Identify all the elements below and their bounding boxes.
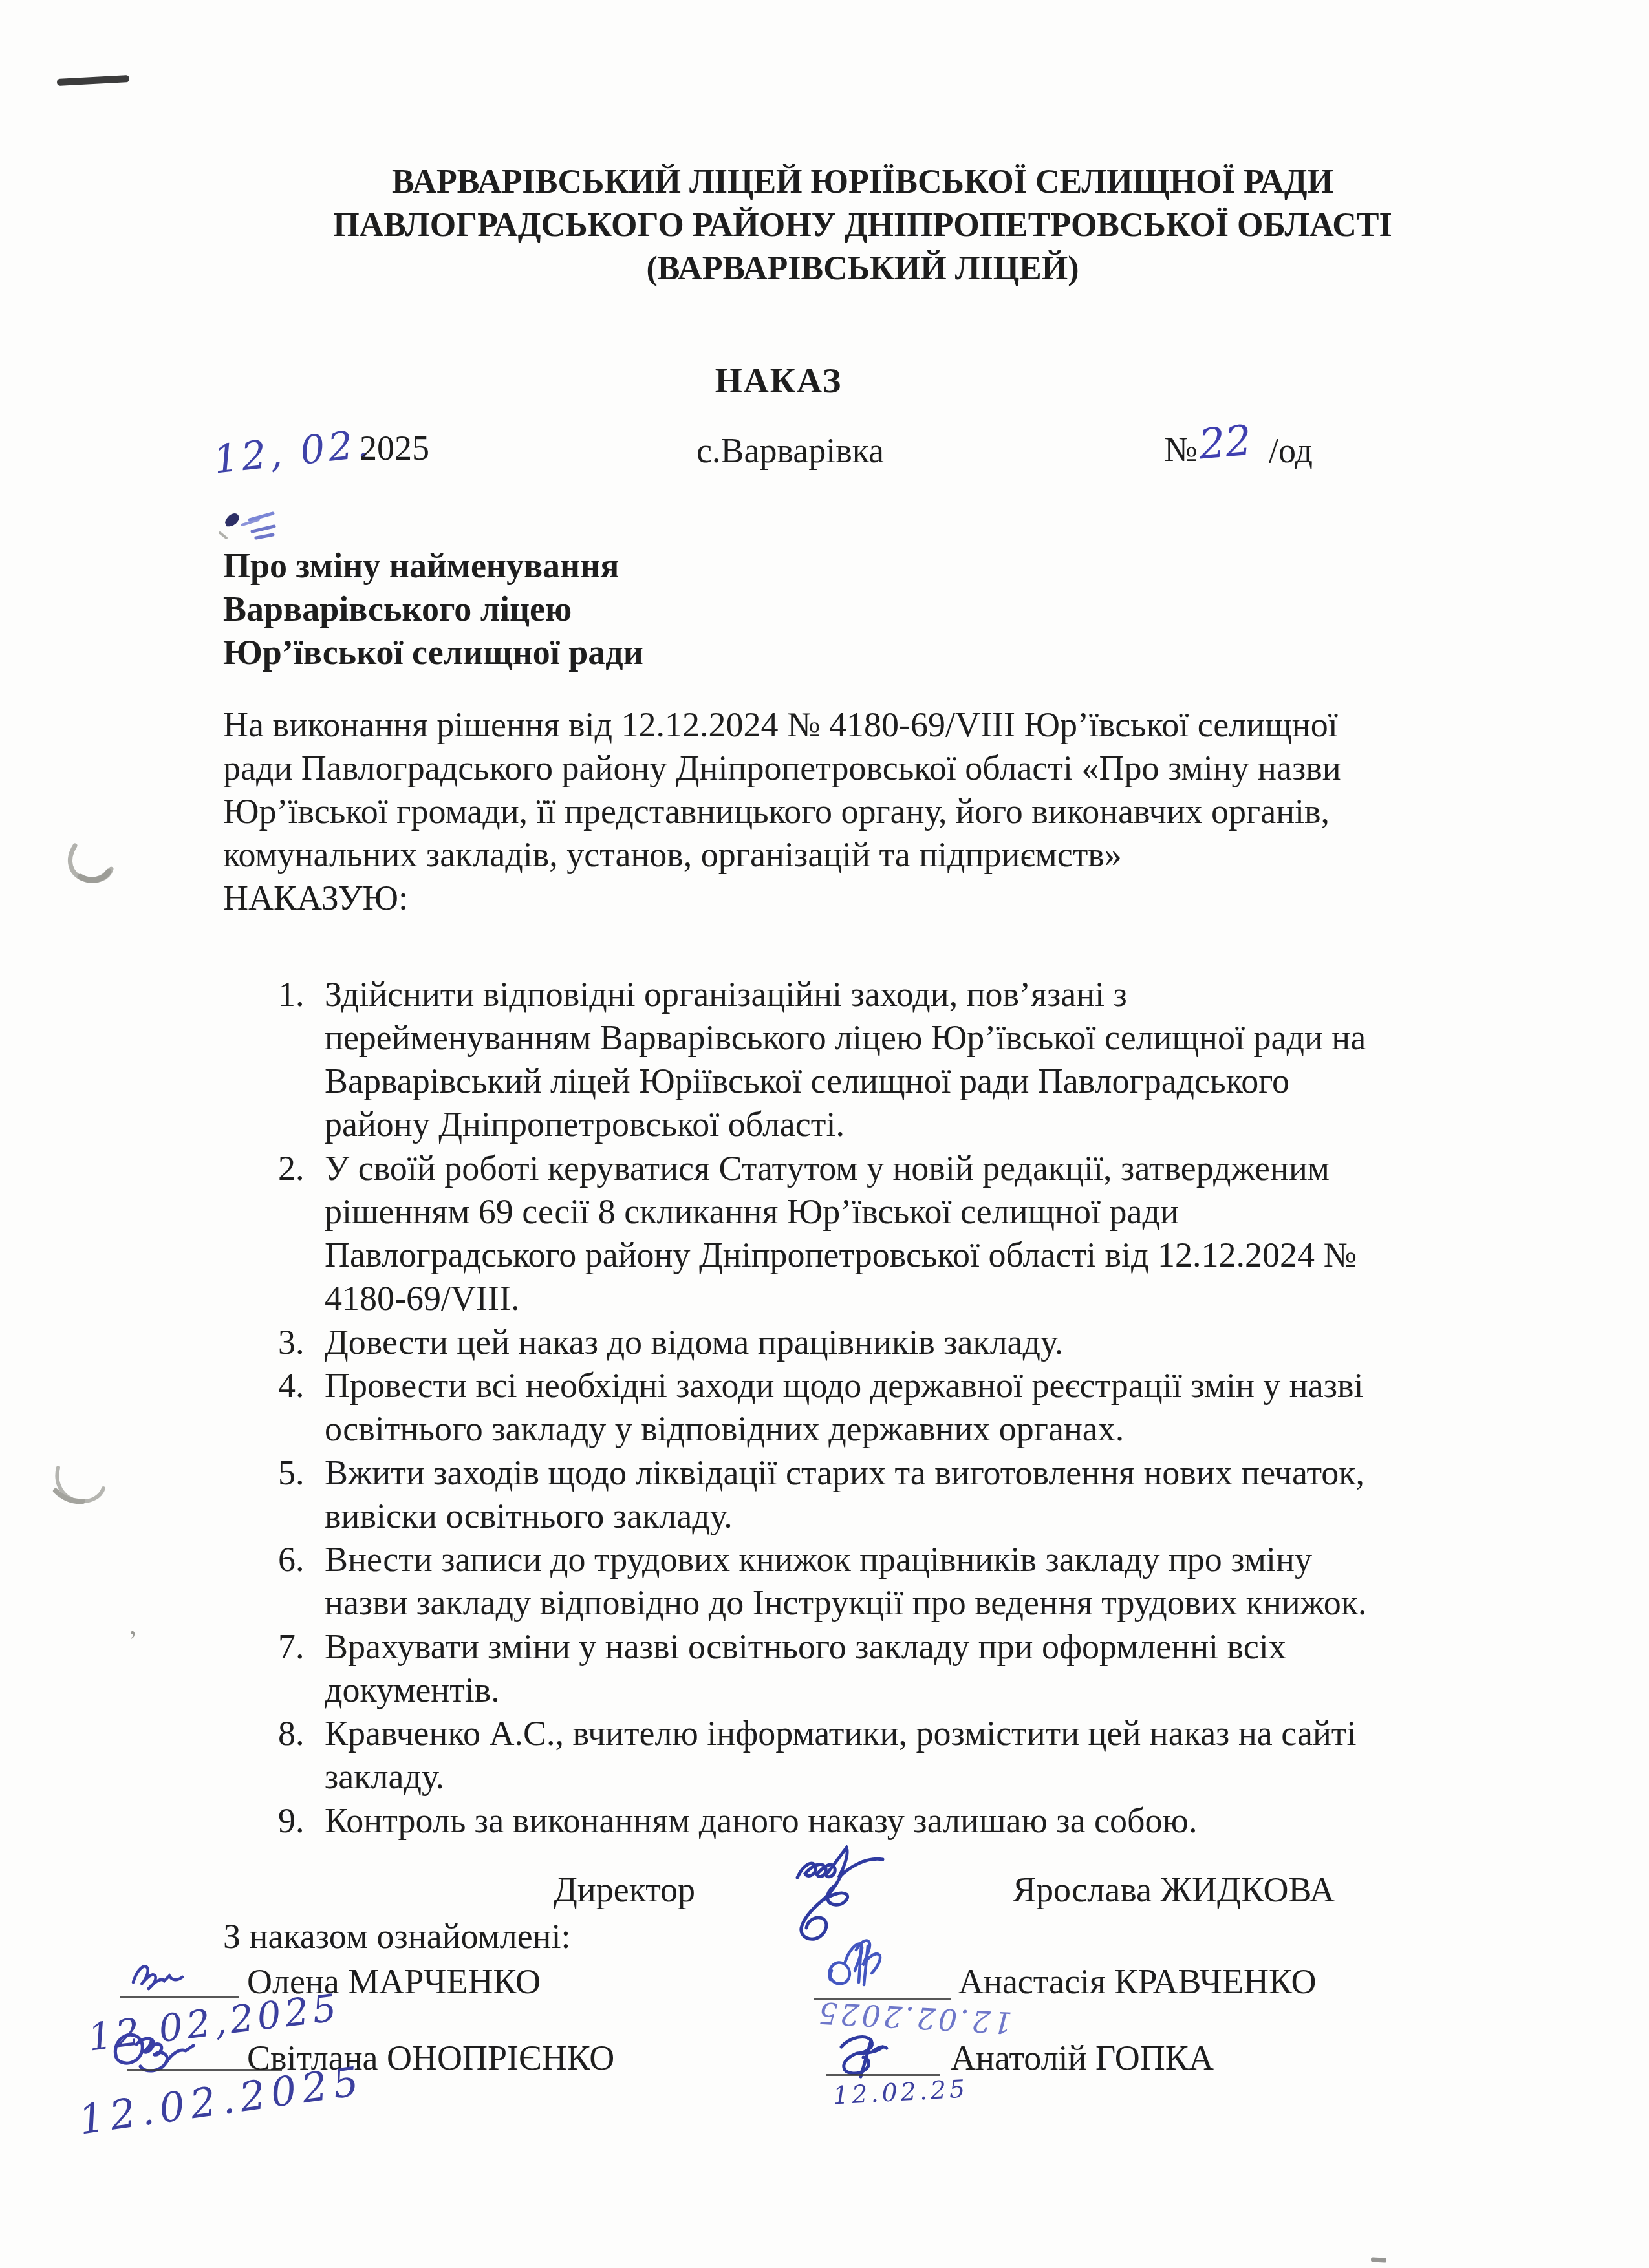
scan-artifact-arc-2 bbox=[49, 1461, 114, 1513]
order-item-3: 3. Довести цей наказ до відома працівник… bbox=[278, 1321, 1063, 1364]
intro-line-4: комунальних закладів, установ, організац… bbox=[223, 833, 1341, 877]
item-number: 3. bbox=[278, 1321, 325, 1364]
item-line: перейменуванням Варварівського ліцею Юр’… bbox=[325, 1016, 1366, 1060]
order-item-5: 5. Вжити заходів щодо ліквідації старих … bbox=[278, 1451, 1364, 1538]
order-item-4: 4. Провести всі необхідні заходи щодо де… bbox=[278, 1364, 1364, 1451]
order-item-9: 9. Контроль за виконанням даного наказу … bbox=[278, 1799, 1197, 1843]
item-line: вивіски освітнього закладу. bbox=[325, 1495, 1364, 1538]
intro-line-2: ради Павлоградського району Дніпропетров… bbox=[223, 747, 1341, 790]
item-number: 2. bbox=[278, 1147, 325, 1320]
item-line: Павлоградського району Дніпропетровської… bbox=[325, 1234, 1357, 1277]
director-name: Ярослава ЖИДКОВА bbox=[1013, 1868, 1335, 1912]
item-line: Здійснити відповідні організаційні заход… bbox=[325, 973, 1366, 1016]
item-line: Вжити заходів щодо ліквідації старих та … bbox=[325, 1451, 1364, 1495]
marchenko-signature-line bbox=[120, 1996, 239, 1998]
item-line: району Дніпропетровської області. bbox=[325, 1103, 1366, 1146]
letterhead-line-3: (ВАРВАРІВСЬКИЙ ЛІЦЕЙ) bbox=[229, 247, 1496, 290]
item-number: 5. bbox=[278, 1451, 325, 1538]
item-number: 7. bbox=[278, 1625, 325, 1712]
order-subject: Про зміну найменування Варварівського лі… bbox=[223, 544, 643, 674]
order-year: 2025 bbox=[360, 427, 429, 470]
order-item-1: 1. Здійснити відповідні організаційні за… bbox=[278, 973, 1366, 1146]
order-item-6: 6. Внести записи до трудових книжок прац… bbox=[278, 1538, 1366, 1625]
scan-artifact-arc-1 bbox=[59, 839, 121, 891]
intro-line-1: На виконання рішення від 12.12.2024 № 41… bbox=[223, 703, 1341, 747]
item-line: У своїй роботі керуватися Статутом у нов… bbox=[325, 1147, 1357, 1190]
item-line: Варварівський ліцей Юріївської селищної … bbox=[325, 1060, 1366, 1103]
subject-line-3: Юр’ївської селищної ради bbox=[223, 631, 643, 674]
item-number: 6. bbox=[278, 1538, 325, 1625]
order-number-label: № bbox=[1164, 428, 1198, 471]
order-title: НАКАЗ bbox=[229, 359, 1328, 403]
kravchenko-signature bbox=[823, 1932, 923, 2002]
letterhead-line-2: ПАВЛОГРАДСЬКОГО РАЙОНУ ДНІПРОПЕТРОВСЬКОЇ… bbox=[229, 204, 1496, 247]
item-line: освітнього закладу у відповідних державн… bbox=[325, 1407, 1364, 1451]
item-line: 4180-69/VIII. bbox=[325, 1277, 1357, 1320]
item-line: рішенням 69 сесії 8 скликання Юр’ївської… bbox=[325, 1190, 1357, 1234]
order-item-2: 2. У своїй роботі керуватися Статутом у … bbox=[278, 1147, 1357, 1320]
item-line: Врахувати зміни у назві освітнього закла… bbox=[325, 1625, 1286, 1669]
scan-artifact-dash bbox=[57, 75, 129, 86]
item-line: Провести всі необхідні заходи щодо держа… bbox=[325, 1364, 1364, 1407]
hopka-signature-line bbox=[826, 2074, 940, 2076]
item-line: Внести записи до трудових книжок працівн… bbox=[325, 1538, 1366, 1581]
order-number-suffix: /од bbox=[1269, 429, 1313, 473]
decree-word: НАКАЗУЮ: bbox=[223, 877, 1341, 920]
item-line: Кравченко А.С., вчителю інформатики, роз… bbox=[325, 1712, 1356, 1755]
director-position-label: Директор bbox=[554, 1868, 695, 1912]
subject-line-1: Про зміну найменування bbox=[223, 544, 643, 588]
hopka-date-handwritten: 12.02.25 bbox=[832, 2075, 969, 2110]
order-date-handwritten: 12, 02. bbox=[211, 421, 374, 482]
scan-artifact-speck bbox=[1371, 2257, 1386, 2262]
hopka-name: Анатолій ГОПКА bbox=[951, 2037, 1214, 2080]
item-line: назви закладу відповідно до Інструкції п… bbox=[325, 1581, 1366, 1625]
item-number: 9. bbox=[278, 1799, 325, 1843]
acknowledgement-label: З наказом ознайомлені: bbox=[223, 1915, 571, 1958]
intro-line-3: Юр’ївської громади, її представницького … bbox=[223, 790, 1341, 833]
order-number-handwritten: 22 bbox=[1197, 417, 1254, 469]
marchenko-signature bbox=[128, 1954, 251, 1996]
letterhead: ВАРВАРІВСЬКИЙ ЛІЦЕЙ ЮРІЇВСЬКОЇ СЕЛИЩНОЇ … bbox=[229, 160, 1496, 290]
order-place: с.Варварівка bbox=[696, 429, 884, 473]
letterhead-line-1: ВАРВАРІВСЬКИЙ ЛІЦЕЙ ЮРІЇВСЬКОЇ СЕЛИЩНОЇ … bbox=[229, 160, 1496, 204]
order-item-7: 7. Врахувати зміни у назві освітнього за… bbox=[278, 1625, 1286, 1712]
item-line: закладу. bbox=[325, 1755, 1356, 1799]
kravchenko-name: Анастасія КРАВЧЕНКО bbox=[958, 1960, 1317, 2004]
item-line: Довести цей наказ до відома працівників … bbox=[325, 1321, 1063, 1364]
item-number: 8. bbox=[278, 1712, 325, 1799]
subject-line-2: Варварівського ліцею bbox=[223, 588, 643, 631]
item-line: Контроль за виконанням даного наказу зал… bbox=[325, 1799, 1197, 1843]
item-number: 1. bbox=[278, 973, 325, 1146]
scanned-order-page: ʼ ВАРВАРІВСЬКИЙ ЛІЦЕЙ ЮРІЇВСЬКОЇ СЕЛИЩНО… bbox=[0, 0, 1649, 2268]
hopka-signature bbox=[831, 2025, 944, 2078]
item-line: документів. bbox=[325, 1669, 1286, 1712]
order-item-8: 8. Кравченко А.С., вчителю інформатики, … bbox=[278, 1712, 1356, 1799]
scan-artifact-apostrophe: ʼ bbox=[126, 1623, 142, 1658]
intro-paragraph: На виконання рішення від 12.12.2024 № 41… bbox=[223, 703, 1341, 920]
item-number: 4. bbox=[278, 1364, 325, 1451]
